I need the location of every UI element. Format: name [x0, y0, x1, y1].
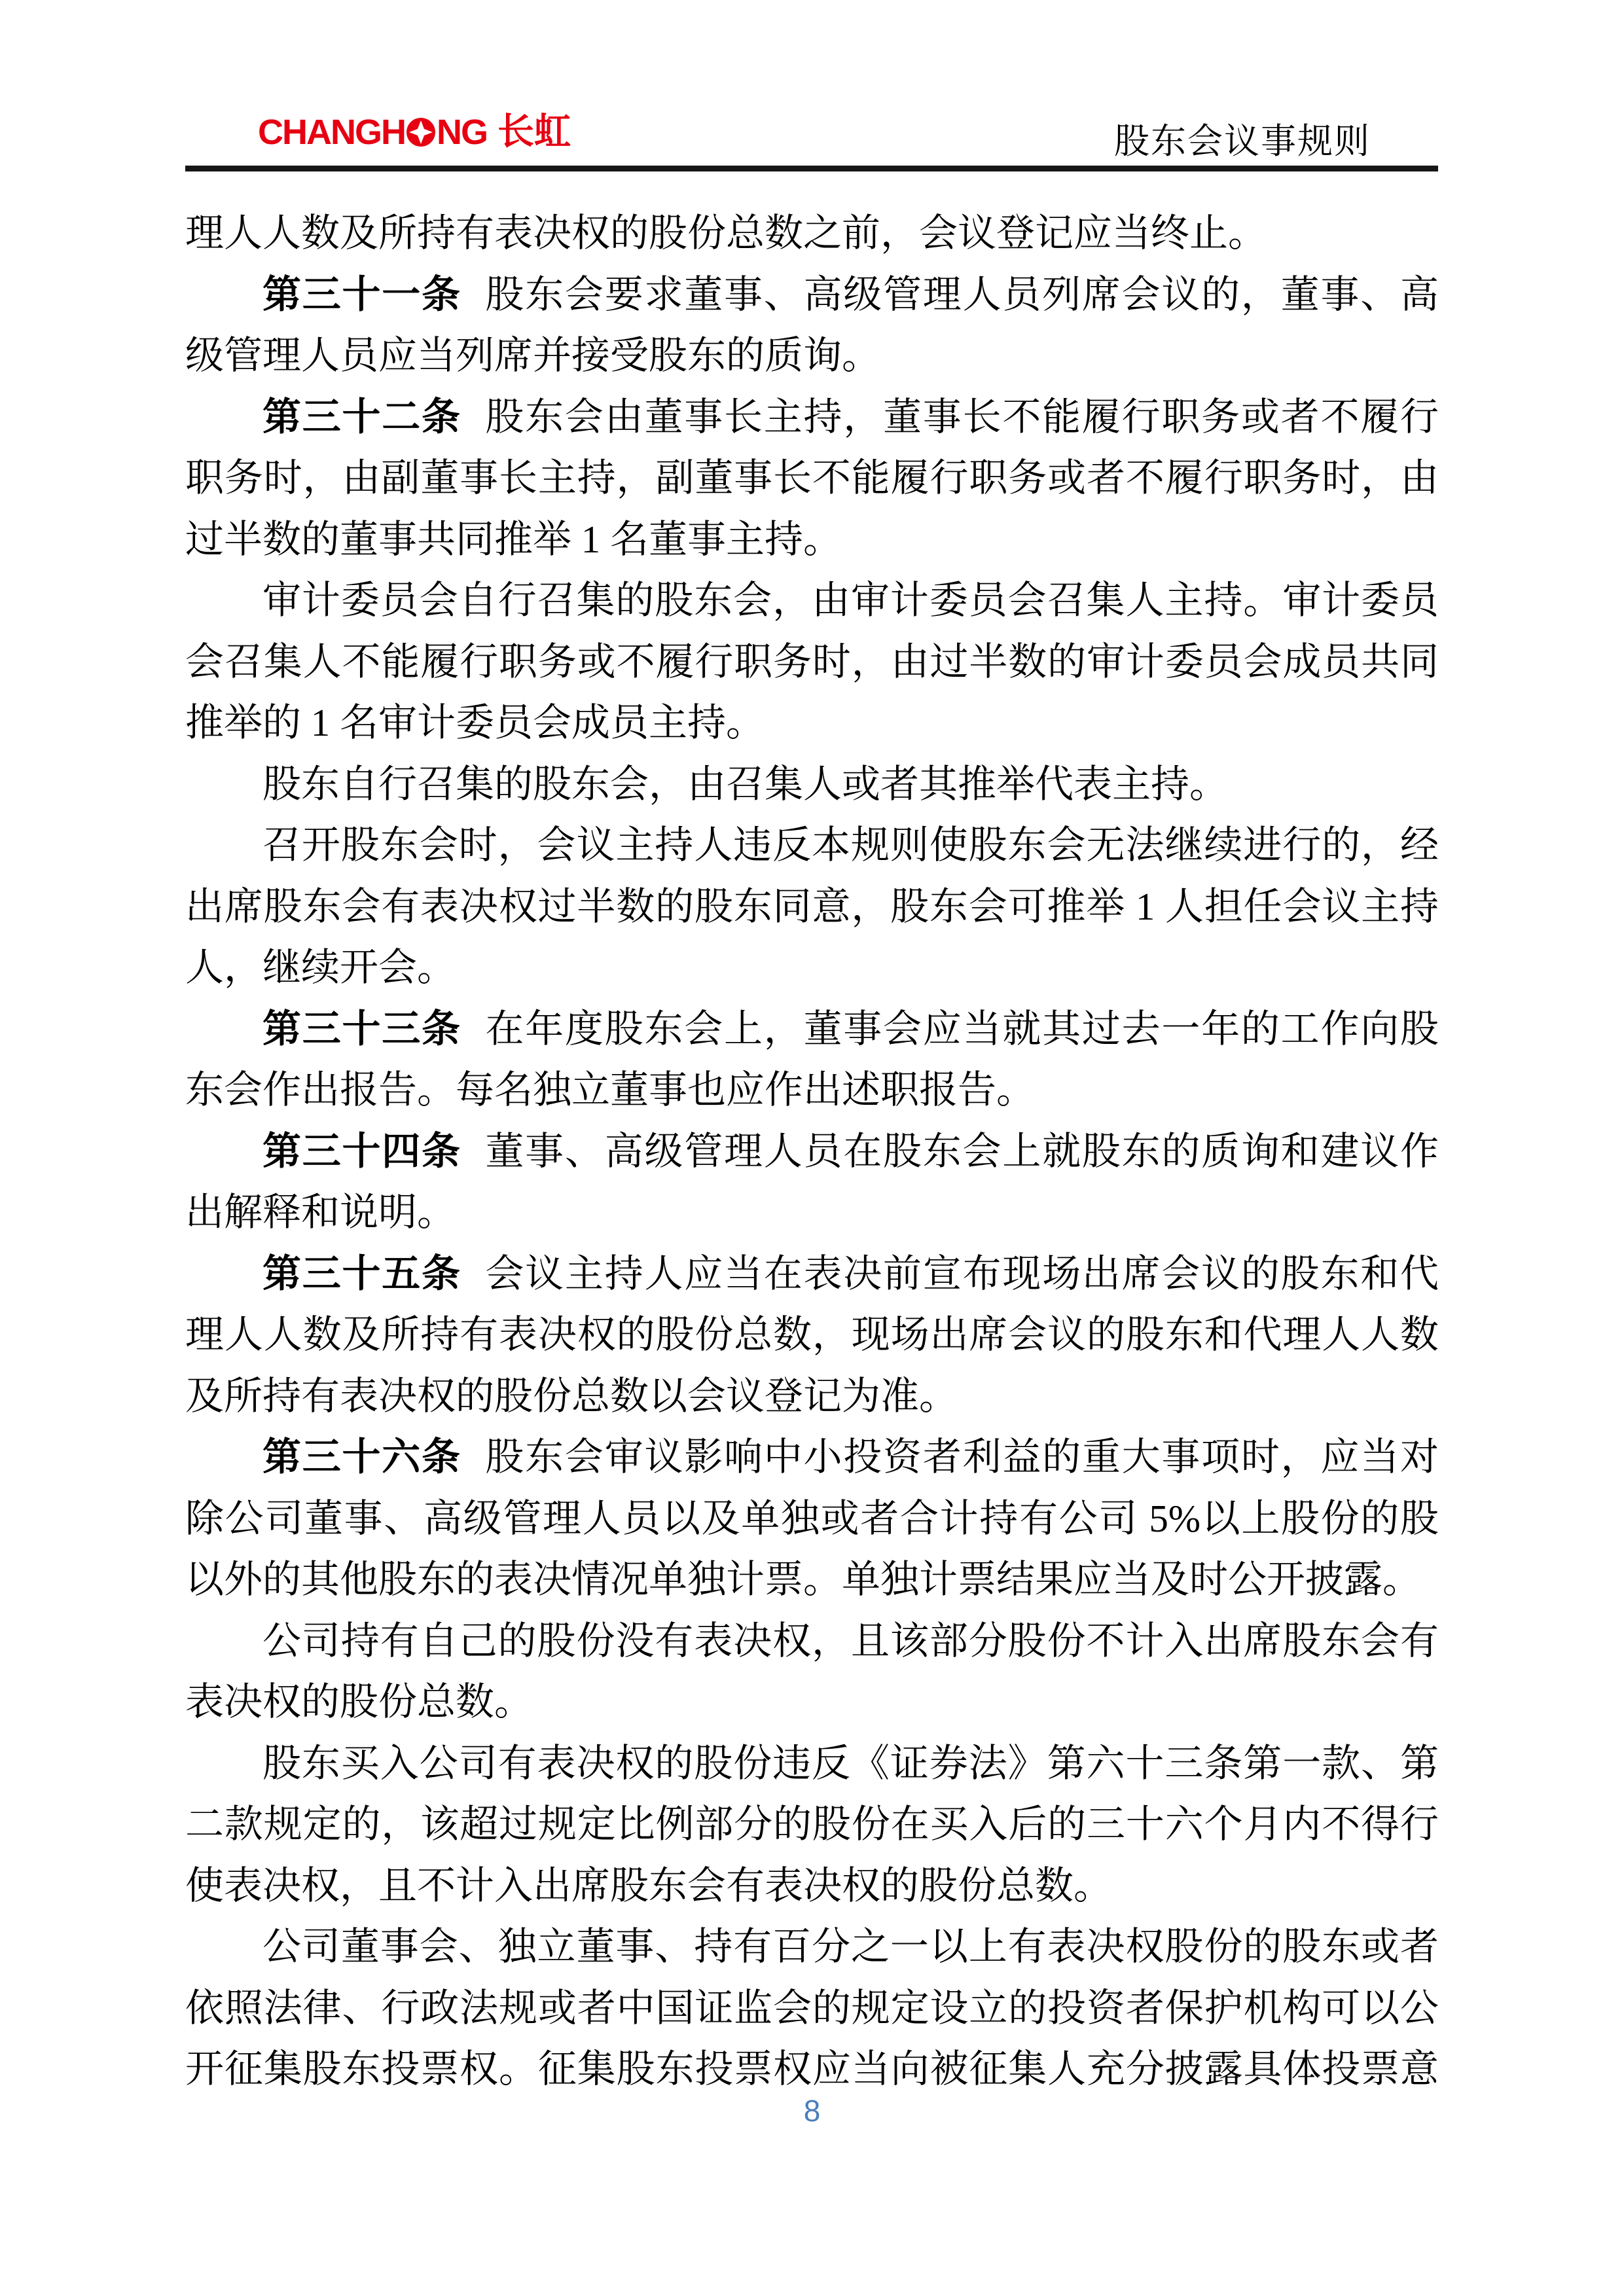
logo-text-left: CHANGH: [258, 115, 405, 150]
body-line: 出席股东会有表决权过半数的股东同意，股东会可推举 1 人担任会议主持: [185, 876, 1439, 938]
page-number: 8: [0, 2096, 1624, 2126]
body-line: 职务时，由副董事长主持，副董事长不能履行职务或者不履行职务时，由: [185, 448, 1439, 509]
article-number: 第三十四条: [262, 1130, 461, 1173]
body-line: 开征集股东投票权。征集股东投票权应当向被征集人充分披露具体投票意: [185, 2039, 1439, 2100]
logo-text-right: NG: [437, 115, 487, 150]
article-number: 第三十三条: [262, 1007, 461, 1050]
body-line: 第三十二条股东会由董事长主持，董事长不能履行职务或者不履行: [185, 387, 1439, 448]
body-line: 第三十一条股东会要求董事、高级管理人员列席会议的，董事、高: [185, 264, 1439, 326]
document-body: 理人人数及所持有表决权的股份总数之前，会议登记应当终止。第三十一条股东会要求董事…: [185, 203, 1439, 2100]
body-line: 召开股东会时，会议主持人违反本规则使股东会无法继续进行的，经: [185, 815, 1439, 876]
logo-cjk-text: 长虹: [497, 114, 571, 151]
body-line: 及所持有表决权的股份总数以会议登记为准。: [185, 1366, 1439, 1427]
header-title: 股东会议事规则: [1114, 120, 1371, 163]
body-line: 审计委员会自行召集的股东会，由审计委员会召集人主持。审计委员: [185, 570, 1439, 632]
body-line: 依照法律、行政法规或者中国证监会的规定设立的投资者保护机构可以公: [185, 1978, 1439, 2039]
line-text: 会议主持人应当在表决前宣布现场出席会议的股东和代: [485, 1252, 1439, 1295]
body-line: 过半数的董事共同推举 1 名董事主持。: [185, 509, 1439, 571]
line-text: 股东会由董事长主持，董事长不能履行职务或者不履行: [485, 395, 1439, 439]
body-line: 第三十六条股东会审议影响中小投资者利益的重大事项时，应当对: [185, 1427, 1439, 1488]
body-line: 二款规定的，该超过规定比例部分的股份在买入后的三十六个月内不得行: [185, 1794, 1439, 1856]
body-line: 公司持有自己的股份没有表决权，且该部分股份不计入出席股东会有: [185, 1611, 1439, 1672]
article-number: 第三十五条: [262, 1252, 461, 1295]
body-line: 人，继续开会。: [185, 937, 1439, 999]
body-line: 第三十四条董事、高级管理人员在股东会上就股东的质询和建议作: [185, 1121, 1439, 1183]
body-line: 第三十五条会议主持人应当在表决前宣布现场出席会议的股东和代: [185, 1244, 1439, 1305]
body-line: 会召集人不能履行职务或不履行职务时，由过半数的审计委员会成员共同: [185, 632, 1439, 693]
body-line: 级管理人员应当列席并接受股东的质询。: [185, 325, 1439, 387]
body-line: 股东自行召集的股东会，由召集人或者其推举代表主持。: [185, 754, 1439, 816]
body-line: 理人人数及所持有表决权的股份总数之前，会议登记应当终止。: [185, 203, 1439, 264]
changhong-logo: CHANGH NG 长虹: [258, 114, 571, 151]
body-line: 使表决权，且不计入出席股东会有表决权的股份总数。: [185, 1856, 1439, 1917]
body-line: 除公司董事、高级管理人员以及单独或者合计持有公司 5%以上股份的股东: [185, 1488, 1439, 1550]
body-line: 第三十三条在年度股东会上，董事会应当就其过去一年的工作向股: [185, 999, 1439, 1060]
body-line: 出解释和说明。: [185, 1182, 1439, 1244]
body-line: 股东买入公司有表决权的股份违反《证券法》第六十三条第一款、第: [185, 1733, 1439, 1795]
document-page: CHANGH NG 长虹 股东会议事规则 理人人数及所持有表决权的股份总数之前，…: [0, 0, 1624, 2296]
body-line: 以外的其他股东的表决情况单独计票。单独计票结果应当及时公开披露。: [185, 1549, 1439, 1611]
line-text: 在年度股东会上，董事会应当就其过去一年的工作向股: [485, 1007, 1439, 1050]
article-number: 第三十一条: [262, 273, 461, 316]
body-line: 理人人数及所持有表决权的股份总数，现场出席会议的股东和代理人人数: [185, 1304, 1439, 1366]
line-text: 股东会审议影响中小投资者利益的重大事项时，应当对: [485, 1435, 1439, 1479]
body-line: 推举的 1 名审计委员会成员主持。: [185, 692, 1439, 754]
line-text: 股东会要求董事、高级管理人员列席会议的，董事、高: [485, 273, 1439, 316]
header-rule: [185, 166, 1438, 171]
line-text: 董事、高级管理人员在股东会上就股东的质询和建议作: [485, 1130, 1439, 1173]
article-number: 第三十六条: [262, 1435, 461, 1479]
body-line: 东会作出报告。每名独立董事也应作出述职报告。: [185, 1060, 1439, 1121]
article-number: 第三十二条: [262, 395, 461, 439]
body-line: 公司董事会、独立董事、持有百分之一以上有表决权股份的股东或者: [185, 1916, 1439, 1978]
body-line: 表决权的股份总数。: [185, 1672, 1439, 1733]
star-o-icon: [406, 117, 436, 147]
